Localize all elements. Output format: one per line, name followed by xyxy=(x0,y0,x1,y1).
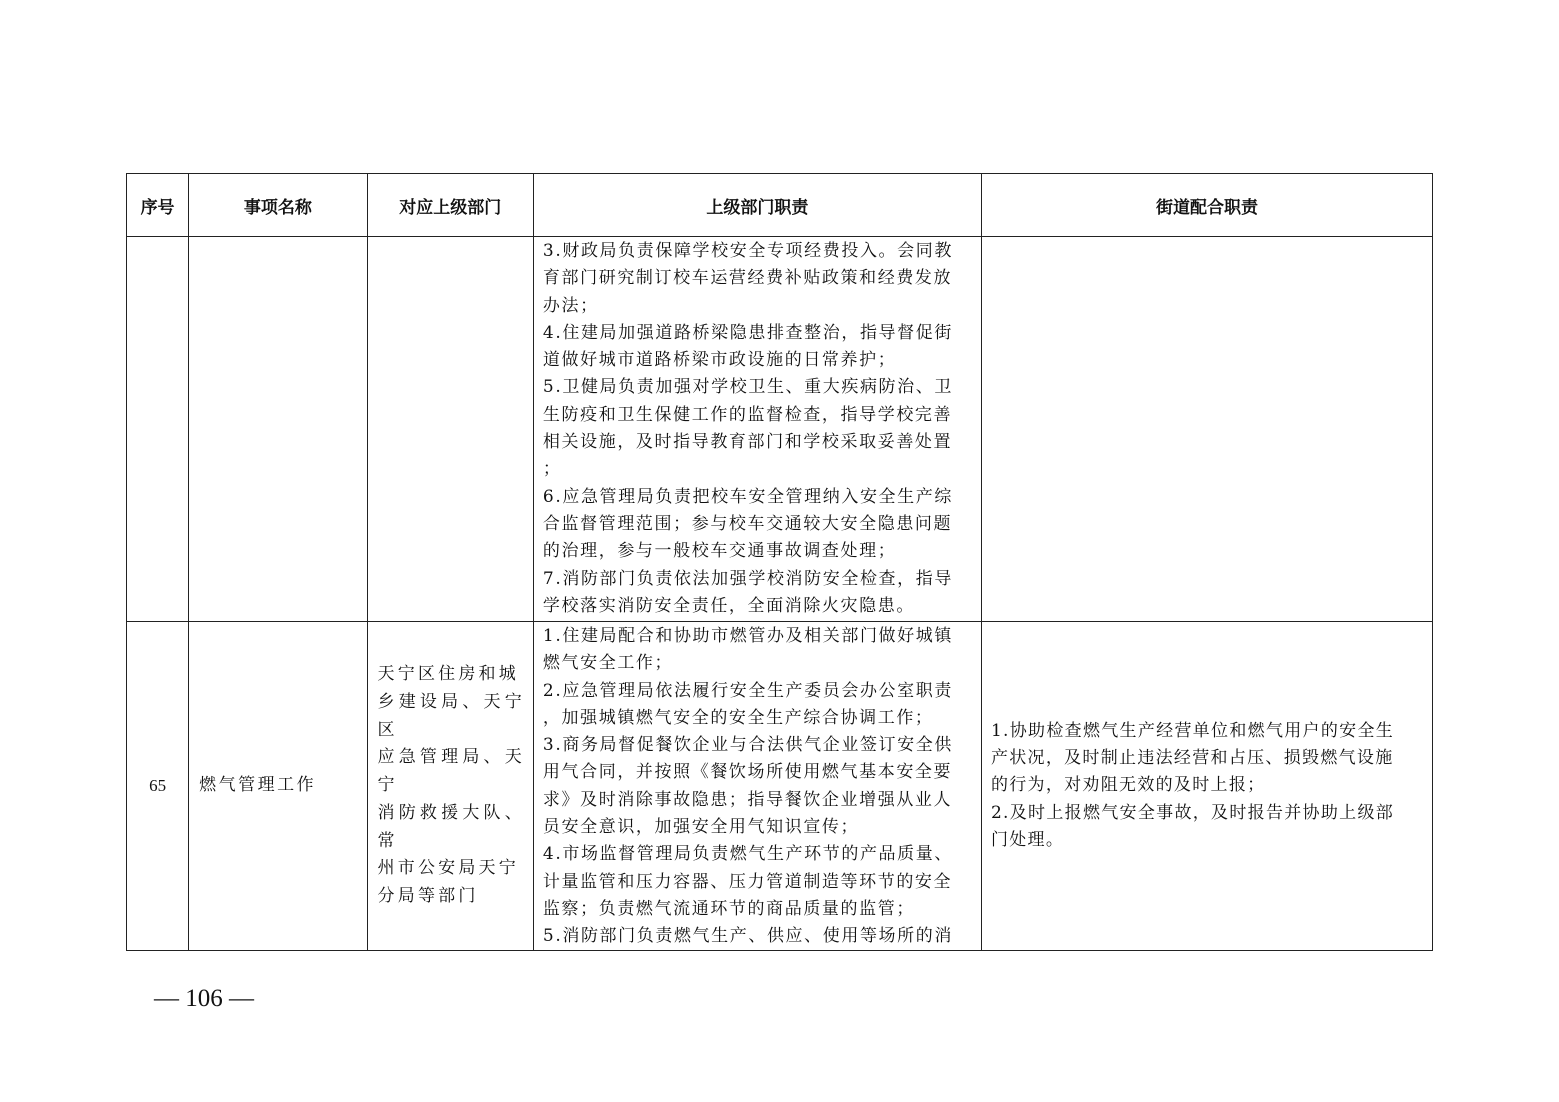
superior-duties-cell: 3.财政局负责保障学校安全专项经费投入。会同教 育部门研究制订校车运营经费补贴政… xyxy=(533,237,981,622)
department-cell: 天宁区住房和城 乡建设局、天宁区 应急管理局、天宁 消防救援大队、常 州市公安局… xyxy=(367,622,533,951)
item-name-cell xyxy=(189,237,367,622)
text-line: 4.住建局加强道路桥梁隐患排查整治，指导督促街 xyxy=(543,320,973,347)
text-line: 合监督管理范围；参与校车交通较大安全隐患问题 xyxy=(543,511,973,538)
text-line: 学校落实消防安全责任，全面消除火灾隐患。 xyxy=(543,593,973,620)
table-row: 3.财政局负责保障学校安全专项经费投入。会同教 育部门研究制订校车运营经费补贴政… xyxy=(127,237,1433,622)
text-line: 天宁区住房和城 xyxy=(378,661,525,689)
text-line: 生防疫和卫生保健工作的监督检查，指导学校完善 xyxy=(543,402,973,429)
text-line: 7.消防部门负责依法加强学校消防安全检查，指导 xyxy=(543,566,973,593)
text-line: 1.协助检查燃气生产经营单位和燃气用户的安全生 xyxy=(991,718,1422,745)
text-line: ，加强城镇燃气安全的安全生产综合协调工作； xyxy=(543,705,973,732)
serial-number-cell xyxy=(127,237,189,622)
cooperation-duties-cell: 1.协助检查燃气生产经营单位和燃气用户的安全生 产状况，及时制止违法经营和占压、… xyxy=(981,622,1432,951)
text-line: 1.住建局配合和协助市燃管办及相关部门做好城镇 xyxy=(543,623,973,650)
text-line: 门处理。 xyxy=(991,827,1422,854)
item-name-cell: 燃气管理工作 xyxy=(189,622,367,951)
text-line: 员安全意识，加强安全用气知识宣传； xyxy=(543,814,973,841)
text-line: 州市公安局天宁 xyxy=(378,855,525,883)
header-street-cooperation-duties: 街道配合职责 xyxy=(981,174,1432,237)
text-line: 4.市场监督管理局负责燃气生产环节的产品质量、 xyxy=(543,841,973,868)
text-line: 求》及时消除事故隐患；指导餐饮企业增强从业人 xyxy=(543,787,973,814)
text-line: 育部门研究制订校车运营经费补贴政策和经费发放 xyxy=(543,265,973,292)
text-line: 乡建设局、天宁区 xyxy=(378,689,525,745)
text-line: 相关设施，及时指导教育部门和学校采取妥善处置 xyxy=(543,429,973,456)
text-line: 的治理，参与一般校车交通事故调查处理； xyxy=(543,538,973,565)
text-line: ； xyxy=(543,456,973,483)
duties-text: 3.财政局负责保障学校安全专项经费投入。会同教 育部门研究制订校车运营经费补贴政… xyxy=(534,237,981,620)
text-line: 道做好城市道路桥梁市政设施的日常养护； xyxy=(543,347,973,374)
cooperation-duties-cell xyxy=(981,237,1432,622)
header-superior-duties: 上级部门职责 xyxy=(533,174,981,237)
text-line: 燃气安全工作； xyxy=(543,650,973,677)
header-superior-department: 对应上级部门 xyxy=(367,174,533,237)
text-line: 2.及时上报燃气安全事故，及时报告并协助上级部 xyxy=(991,800,1422,827)
text-line: 5.卫健局负责加强对学校卫生、重大疾病防治、卫 xyxy=(543,374,973,401)
text-line: 的行为，对劝阻无效的及时上报； xyxy=(991,772,1422,799)
text-line: 产状况，及时制止违法经营和占压、损毁燃气设施 xyxy=(991,745,1422,772)
text-line: 6.应急管理局负责把校车安全管理纳入安全生产综 xyxy=(543,484,973,511)
text-line: 3.财政局负责保障学校安全专项经费投入。会同教 xyxy=(543,238,973,265)
table-row: 65 燃气管理工作 天宁区住房和城 乡建设局、天宁区 应急管理局、天宁 消防救援… xyxy=(127,622,1433,951)
text-line: 2.应急管理局依法履行安全生产委员会办公室职责 xyxy=(543,678,973,705)
text-line: 分局等部门 xyxy=(378,883,525,911)
responsibility-table: 序号 事项名称 对应上级部门 上级部门职责 街道配合职责 3.财政局负责保障学校… xyxy=(126,173,1433,951)
header-item-name: 事项名称 xyxy=(189,174,367,237)
text-line: 消防救援大队、常 xyxy=(378,800,525,856)
table-header-row: 序号 事项名称 对应上级部门 上级部门职责 街道配合职责 xyxy=(127,174,1433,237)
superior-duties-cell: 1.住建局配合和协助市燃管办及相关部门做好城镇 燃气安全工作； 2.应急管理局依… xyxy=(533,622,981,951)
text-line: 监察；负责燃气流通环节的商品质量的监管； xyxy=(543,896,973,923)
item-name-text: 燃气管理工作 xyxy=(189,772,366,799)
text-line: 5.消防部门负责燃气生产、供应、使用等场所的消 xyxy=(543,923,973,950)
cooperation-text: 1.协助检查燃气生产经营单位和燃气用户的安全生 产状况，及时制止违法经营和占压、… xyxy=(982,718,1432,854)
header-serial-number: 序号 xyxy=(127,174,189,237)
text-line: 用气合同，并按照《餐饮场所使用燃气基本安全要 xyxy=(543,759,973,786)
page-number: — 106 — xyxy=(154,985,254,1013)
text-line: 计量监管和压力容器、压力管道制造等环节的安全 xyxy=(543,869,973,896)
text-line: 应急管理局、天宁 xyxy=(378,744,525,800)
serial-number-cell: 65 xyxy=(127,622,189,951)
text-line: 3.商务局督促餐饮企业与合法供气企业签订安全供 xyxy=(543,732,973,759)
duties-text: 1.住建局配合和协助市燃管办及相关部门做好城镇 燃气安全工作； 2.应急管理局依… xyxy=(534,622,981,950)
department-cell xyxy=(367,237,533,622)
department-text: 天宁区住房和城 乡建设局、天宁区 应急管理局、天宁 消防救援大队、常 州市公安局… xyxy=(368,661,533,911)
text-line: 办法； xyxy=(543,293,973,320)
